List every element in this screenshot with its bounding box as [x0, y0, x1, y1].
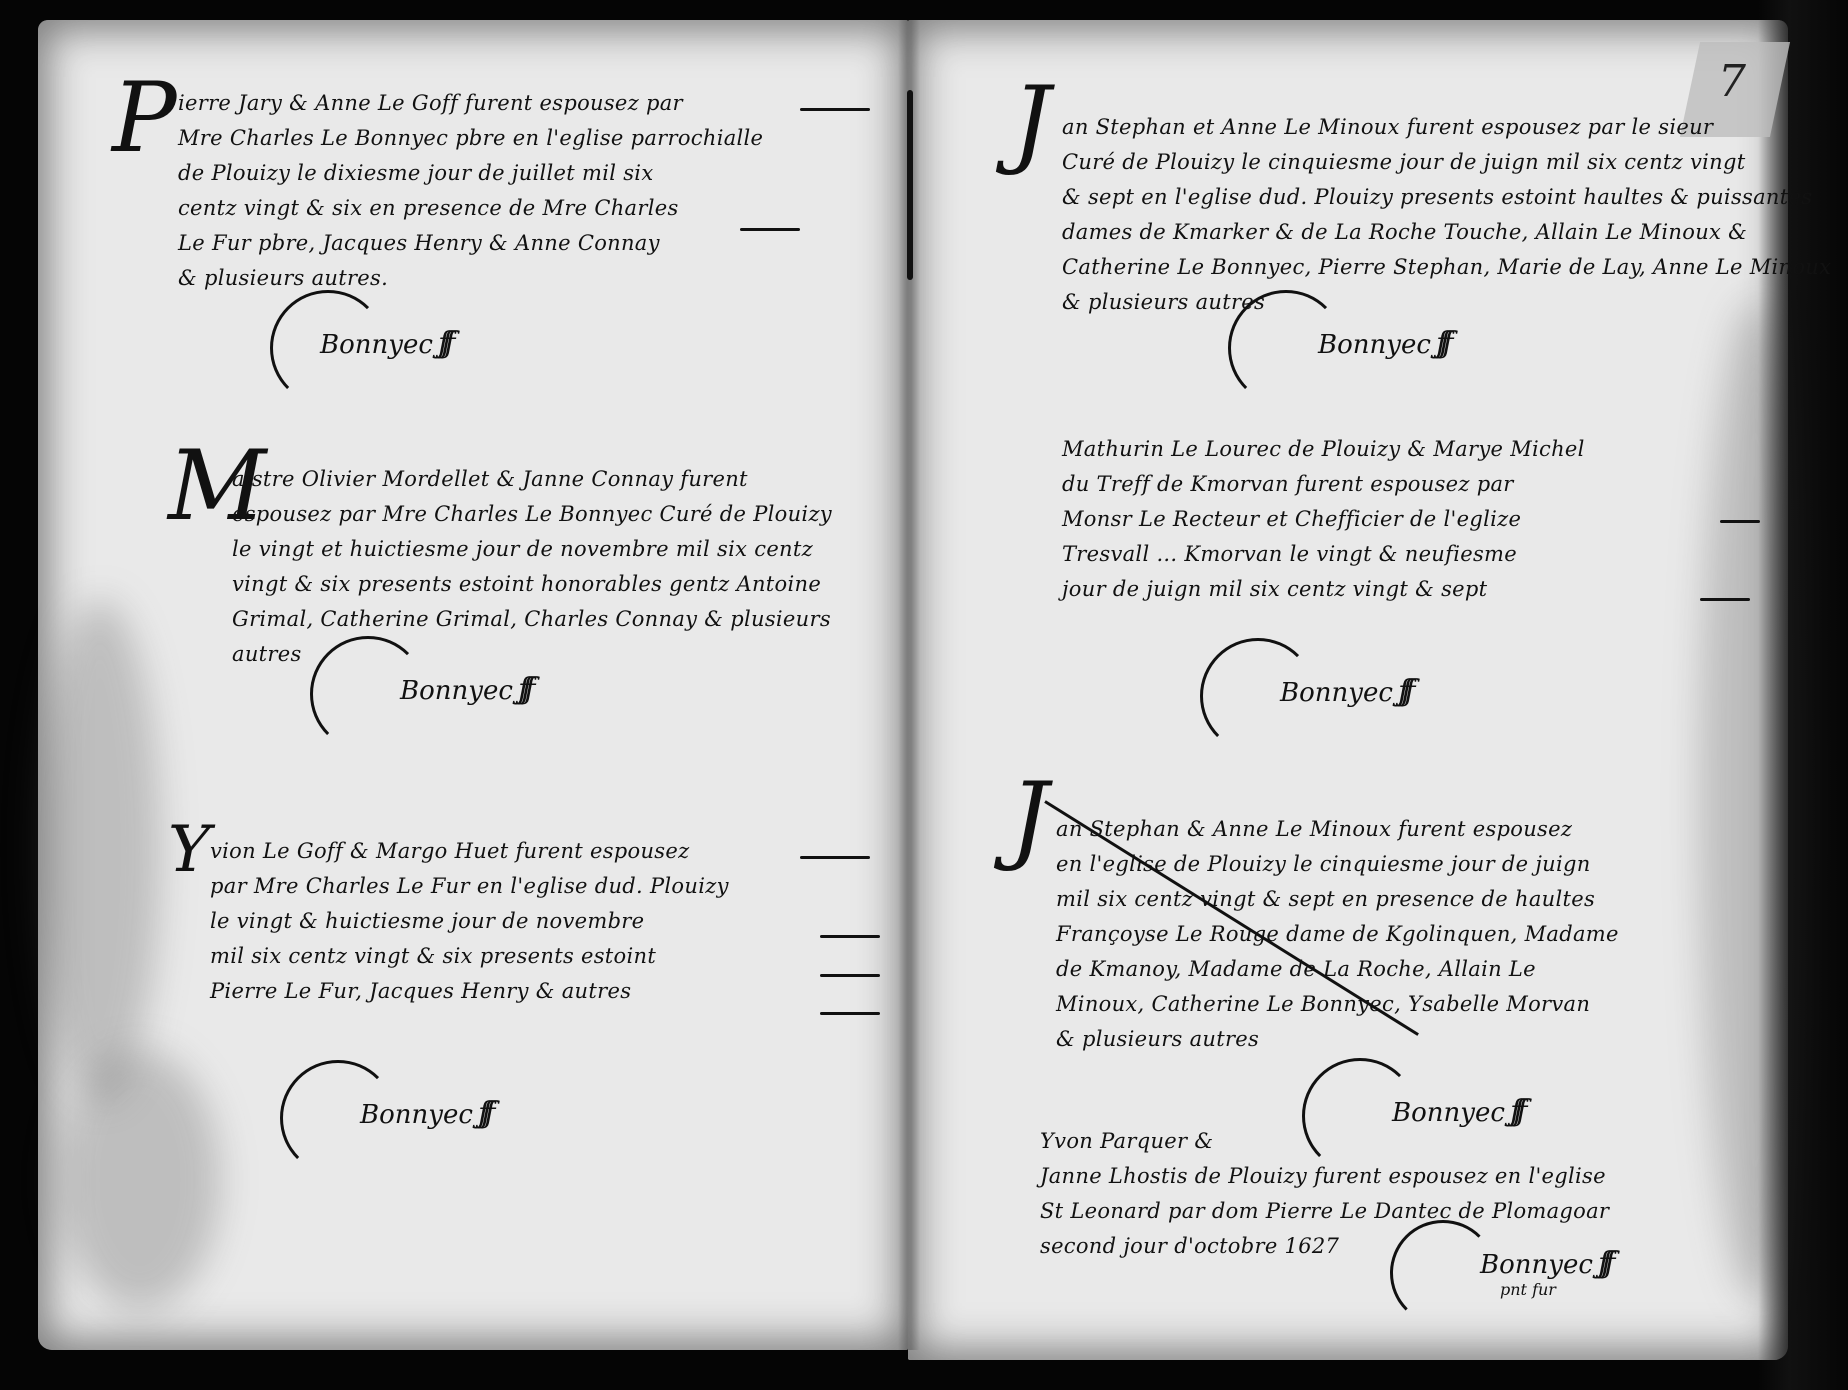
line-filler-dash — [800, 856, 870, 859]
entry-line: dames de Kmarker & de La Roche Touche, A… — [1062, 215, 1831, 250]
register-entry: an Stephan et Anne Le Minoux furent espo… — [1062, 110, 1831, 320]
signature-annotation: pnt fur — [1500, 1280, 1593, 1299]
line-filler-dash — [1720, 520, 1760, 523]
entry-line: Catherine Le Bonnyec, Pierre Stephan, Ma… — [1062, 250, 1831, 285]
entry-line: du Treff de Kmorvan furent espousez par — [1062, 467, 1585, 502]
entry-line: Pierre Le Fur, Jacques Henry & autres — [210, 974, 729, 1009]
entry-line: ierre Jary & Anne Le Goff furent espouse… — [178, 86, 763, 121]
entry-line: mil six centz vingt & six presents estoi… — [210, 939, 729, 974]
register-entry: vion Le Goff & Margo Huet furent espouse… — [210, 834, 729, 1009]
signature-flourish — [280, 1060, 396, 1176]
entry-line: Le Fur pbre, Jacques Henry & Anne Connay — [178, 226, 763, 261]
entry-initial: J — [1010, 770, 1048, 866]
signature-paraphe: ƒƒƒ — [438, 326, 447, 361]
line-filler-dash — [820, 935, 880, 938]
line-filler-dash — [800, 108, 870, 111]
entry-line: le vingt et huictiesme jour de novembre … — [232, 532, 832, 567]
entry-line: par Mre Charles Le Fur en l'eglise dud. … — [210, 869, 729, 904]
entry-line: vion Le Goff & Margo Huet furent espouse… — [210, 834, 729, 869]
signature-flourish — [1228, 290, 1344, 406]
entry-line: Yvon Parquer & — [1040, 1124, 1609, 1159]
priest-signature: Bonnyec ƒƒƒ pnt fur — [1480, 1250, 1593, 1299]
priest-signature: Bonnyec ƒƒƒ — [1318, 330, 1431, 360]
entry-line: St Leonard par dom Pierre Le Dantec de P… — [1040, 1194, 1609, 1229]
priest-signature: Bonnyec ƒƒƒ — [1280, 678, 1393, 708]
signature-flourish — [310, 636, 426, 752]
entry-line: de Plouizy le dixiesme jour de juillet m… — [178, 156, 763, 191]
register-entry: Mathurin Le Lourec de Plouizy & Marye Mi… — [1062, 432, 1585, 607]
entry-line: Janne Lhostis de Plouizy furent espousez… — [1040, 1159, 1609, 1194]
signature-name: Bonnyec — [1480, 1250, 1593, 1280]
line-filler-dash — [820, 1012, 880, 1015]
entry-line: espousez par Mre Charles Le Bonnyec Curé… — [232, 497, 832, 532]
entry-line: & plusieurs autres — [1062, 285, 1831, 320]
signature-flourish — [1200, 638, 1316, 754]
folio-number: 7 — [1718, 56, 1746, 107]
entry-line: Curé de Plouizy le cinquiesme jour de ju… — [1062, 145, 1831, 180]
entry-line: Tresvall ... Kmorvan le vingt & neufiesm… — [1062, 537, 1585, 572]
line-filler-dash — [740, 228, 800, 231]
signature-paraphe: ƒƒƒ — [1398, 674, 1407, 709]
register-entry-struck: an Stephan & Anne Le Minoux furent espou… — [1056, 812, 1619, 1057]
priest-signature: Bonnyec ƒƒƒ — [360, 1100, 473, 1130]
priest-signature: Bonnyec ƒƒƒ — [320, 330, 433, 360]
entry-line: Mathurin Le Lourec de Plouizy & Marye Mi… — [1062, 432, 1585, 467]
entry-line: Françoyse Le Rouge dame de Kgolinquen, M… — [1056, 917, 1619, 952]
entry-line: le vingt & huictiesme jour de novembre — [210, 904, 729, 939]
line-filler-dash — [1700, 598, 1750, 601]
priest-signature: Bonnyec ƒƒƒ — [400, 676, 513, 706]
signature-paraphe: ƒƒƒ — [478, 1096, 487, 1131]
signature-flourish — [270, 290, 386, 406]
entry-line: & sept en l'eglise dud. Plouizy presents… — [1062, 180, 1831, 215]
signature-paraphe: ƒƒƒ — [1436, 326, 1445, 361]
entry-line: Monsr Le Recteur et Chefficier de l'egli… — [1062, 502, 1585, 537]
register-entry: aistre Olivier Mordellet & Janne Connay … — [232, 462, 832, 672]
entry-initial: Y — [168, 818, 210, 882]
entry-line: Grimal, Catherine Grimal, Charles Connay… — [232, 602, 832, 637]
gutter-ink-mark — [907, 90, 913, 280]
entry-line: jour de juign mil six centz vingt & sept — [1062, 572, 1585, 607]
entry-line: & plusieurs autres — [1056, 1022, 1619, 1057]
register-entry: ierre Jary & Anne Le Goff furent espouse… — [178, 86, 763, 296]
signature-paraphe: ƒƒƒ — [1598, 1246, 1607, 1281]
entry-initial: P — [112, 70, 177, 166]
register-entry: Yvon Parquer & Janne Lhostis de Plouizy … — [1040, 1124, 1609, 1264]
water-stain — [40, 600, 160, 1100]
water-stain — [60, 1050, 220, 1310]
entry-line: mil six centz vingt & sept en presence d… — [1056, 882, 1619, 917]
entry-line: aistre Olivier Mordellet & Janne Connay … — [232, 462, 832, 497]
entry-initial: J — [1012, 74, 1050, 170]
line-filler-dash — [820, 974, 880, 977]
entry-line: vingt & six presents estoint honorables … — [232, 567, 832, 602]
entry-line: an Stephan & Anne Le Minoux furent espou… — [1056, 812, 1619, 847]
entry-line: centz vingt & six en presence de Mre Cha… — [178, 191, 763, 226]
entry-line: en l'eglise de Plouizy le cinquiesme jou… — [1056, 847, 1619, 882]
entry-line: an Stephan et Anne Le Minoux furent espo… — [1062, 110, 1831, 145]
entry-line: Minoux, Catherine Le Bonnyec, Ysabelle M… — [1056, 987, 1619, 1022]
entry-line: & plusieurs autres. — [178, 261, 763, 296]
signature-flourish — [1390, 1220, 1496, 1326]
entry-line: Mre Charles Le Bonnyec pbre en l'eglise … — [178, 121, 763, 156]
signature-paraphe: ƒƒƒ — [518, 672, 527, 707]
